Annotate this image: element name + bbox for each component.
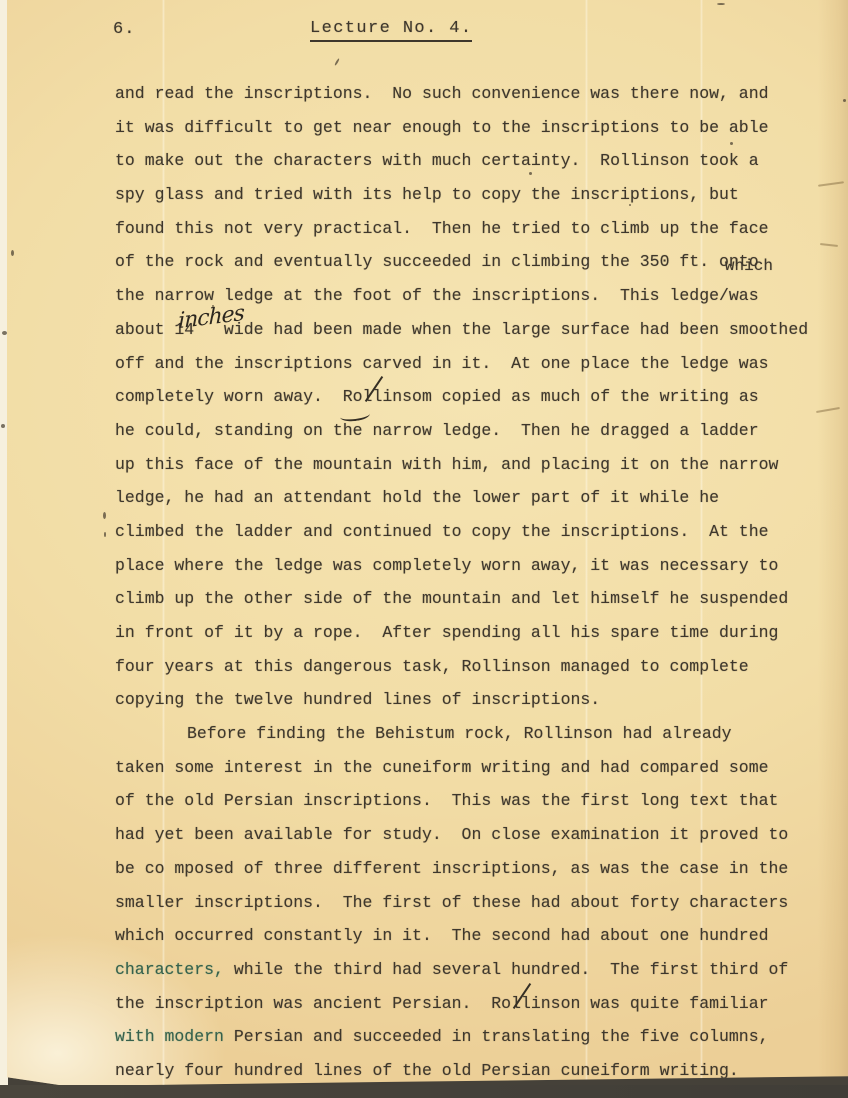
scan-speck xyxy=(717,3,725,5)
scan-bottom-edge xyxy=(0,1085,848,1098)
text-line: which occurred constantly in it. The sec… xyxy=(115,919,845,953)
text-line: to make out the characters with much cer… xyxy=(115,144,845,178)
text-line: climbed the ladder and continued to copy… xyxy=(115,515,845,549)
text-line: ledge, he had an attendant hold the lowe… xyxy=(115,481,845,515)
text-segment: the narrow ledge at the foot of the insc… xyxy=(115,286,729,305)
text-line: in front of it by a rope. After spending… xyxy=(115,616,845,650)
page-title: Lecture No. 4. xyxy=(310,19,472,42)
green-typed-word: characters, xyxy=(115,960,224,979)
scan-speck xyxy=(843,99,846,102)
scan-speck xyxy=(212,305,214,307)
text-line: nearly four hundred lines of the old Per… xyxy=(115,1054,845,1088)
text-segment: was quite familiar xyxy=(580,994,768,1013)
text-line: off and the inscriptions carved in it. A… xyxy=(115,347,845,381)
text-line: climb up the other side of the mountain … xyxy=(115,582,845,616)
text-line: place where the ledge was completely wor… xyxy=(115,549,845,583)
text-line: up this face of the mountain with him, a… xyxy=(115,448,845,482)
text-line-with-strike: completely worn away. Rollinsom copied a… xyxy=(115,380,845,414)
scan-left-edge xyxy=(0,0,8,1086)
text-segment: completely worn away. xyxy=(115,387,343,406)
text-line: had yet been available for study. On clo… xyxy=(115,818,845,852)
text-line: found this not very practical. Then he t… xyxy=(115,212,845,246)
paper-sheet: 6. Lecture No. 4. and read the inscripti… xyxy=(7,0,848,1086)
text-segment: was xyxy=(729,286,759,305)
text-line: four years at this dangerous task, Rolli… xyxy=(115,650,845,684)
scanned-document-page: { "header": { "page_number": "6.", "titl… xyxy=(0,0,848,1098)
text-line: he could, standing on the narrow ledge. … xyxy=(115,414,845,448)
text-line: and read the inscriptions. No such conve… xyxy=(115,77,845,111)
scan-speck xyxy=(629,204,631,206)
text-line-with-strike: the inscription was ancient Persian. Rol… xyxy=(115,987,845,1021)
pen-struck-word: Rollinson xyxy=(491,987,580,1021)
text-line: spy glass and tried with its help to cop… xyxy=(115,178,845,212)
paragraph-start-line: Before finding the Behistum rock, Rollin… xyxy=(115,717,845,751)
text-segment: while the third had several hundred. The… xyxy=(224,960,788,979)
scan-speck xyxy=(730,142,733,145)
text-line: copying the twelve hundred lines of insc… xyxy=(115,683,845,717)
text-line: it was difficult to get near enough to t… xyxy=(115,111,845,145)
text-line: smaller inscriptions. The first of these… xyxy=(115,886,845,920)
insertion-anchor: whichwas xyxy=(729,279,759,313)
scan-speck xyxy=(104,532,106,537)
green-typed-words: with modern xyxy=(115,1027,224,1046)
text-segment: the inscription was ancient Persian. xyxy=(115,994,491,1013)
interline-correction: which xyxy=(725,258,773,274)
text-segment: copied as much of the writing as xyxy=(432,387,759,406)
typewritten-text: and read the inscriptions. No such conve… xyxy=(115,77,845,1088)
text-line-with-handwriting: about 14inches wide had been made when t… xyxy=(115,313,845,347)
scan-speck xyxy=(1,424,5,428)
page-number: 6. xyxy=(113,20,135,39)
text-line-with-green-ink: characters, while the third had several … xyxy=(115,953,845,987)
scan-speck xyxy=(11,250,14,256)
text-line: of the old Persian inscriptions. This wa… xyxy=(115,784,845,818)
text-line: be co mposed of three different inscript… xyxy=(115,852,845,886)
scan-speck xyxy=(2,331,7,335)
scan-speck xyxy=(103,512,106,519)
scan-speck xyxy=(529,172,532,175)
pen-struck-word: Rollinsom xyxy=(343,380,432,414)
text-segment: wide had been made when the large surfac… xyxy=(194,320,808,339)
text-line: taken some interest in the cuneiform wri… xyxy=(115,751,845,785)
text-segment: Persian and succeeded in translating the… xyxy=(224,1027,769,1046)
text-line-with-green-ink: with modern Persian and succeeded in tra… xyxy=(115,1020,845,1054)
